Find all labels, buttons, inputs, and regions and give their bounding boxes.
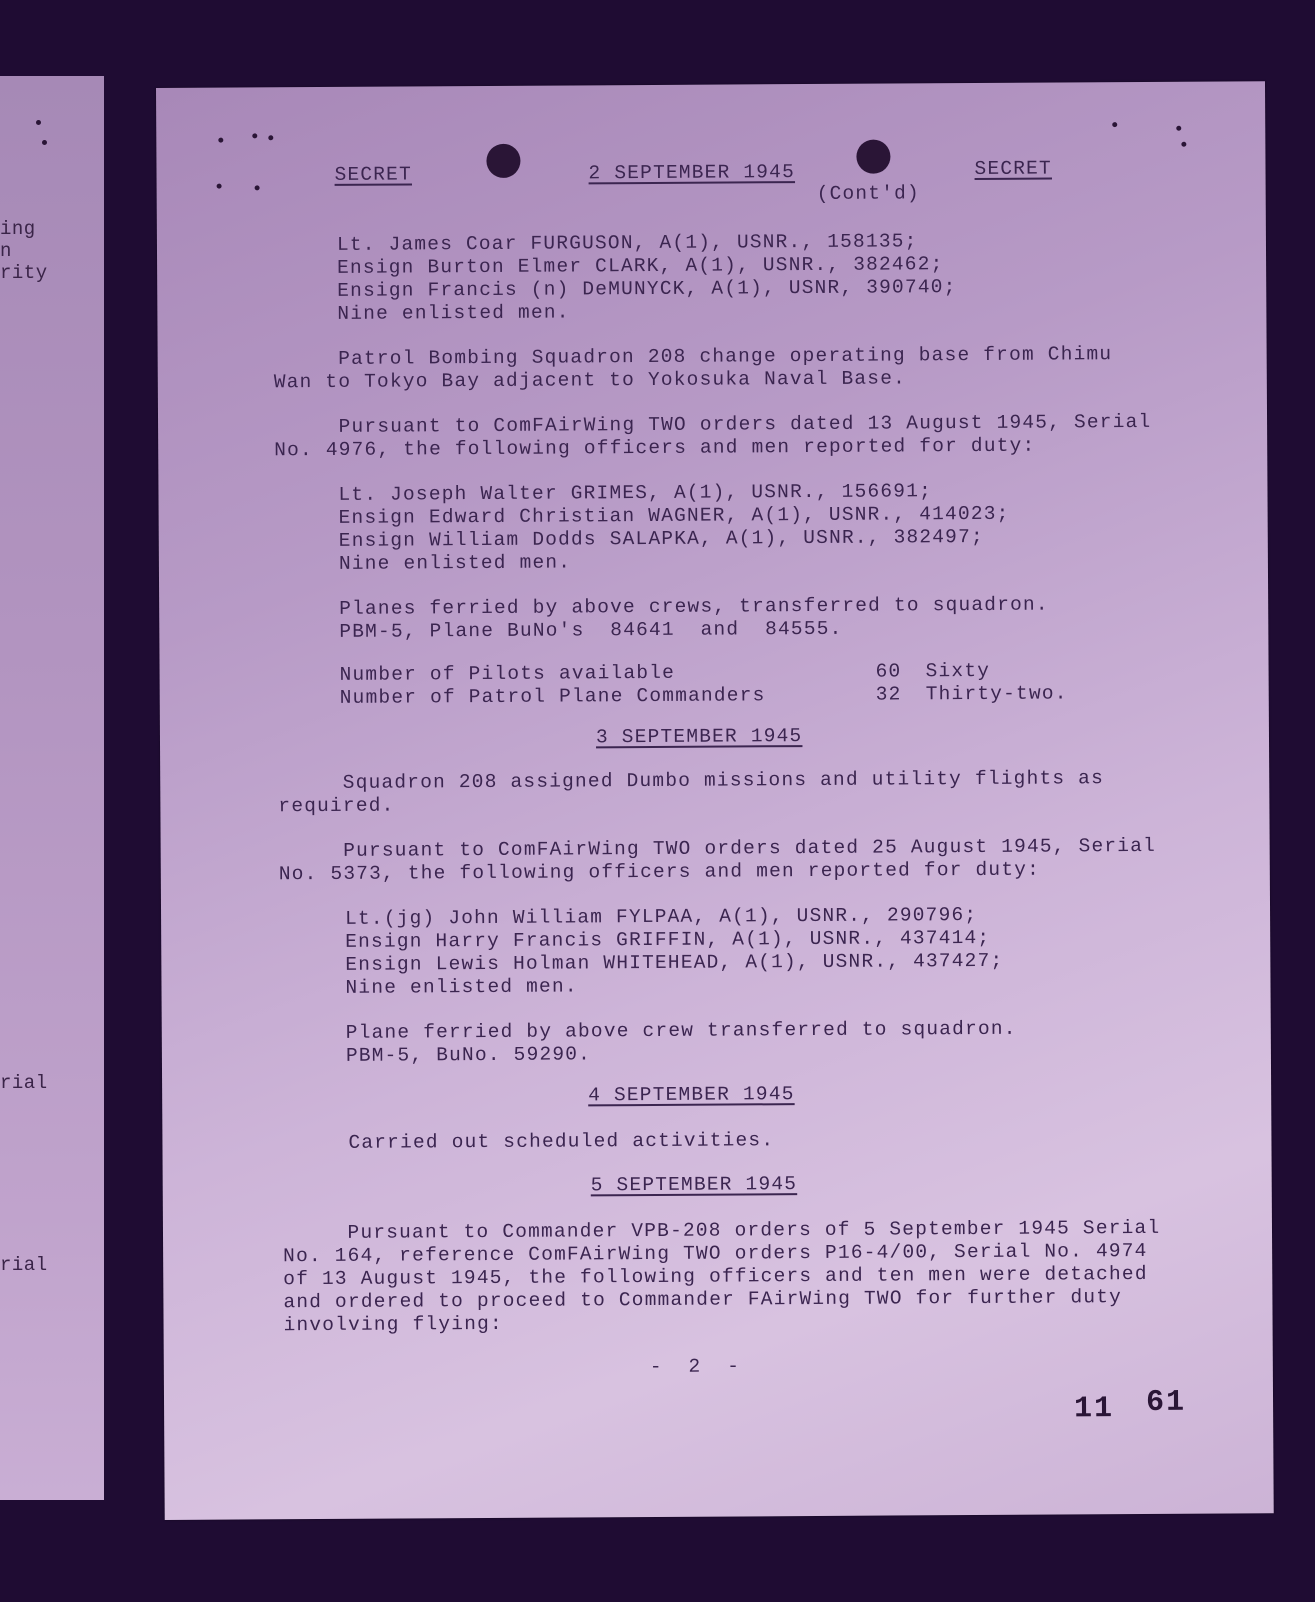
stat-value: 32 <box>876 682 902 706</box>
frame-stamp-left: 11 <box>1074 1392 1114 1426</box>
paragraph-line: Carried out scheduled activities. <box>348 1128 774 1155</box>
officer-line: Nine enlisted men. <box>337 300 569 325</box>
officer-line: Nine enlisted men. <box>345 974 577 999</box>
speck-mark <box>268 135 273 140</box>
paragraph-line: involving flying: <box>283 1312 502 1337</box>
speck-mark <box>1181 142 1186 147</box>
paragraph-line: Planes ferried by above crews, transferr… <box>339 593 1049 621</box>
fragment-text: rial <box>0 1254 48 1276</box>
speck-mark <box>42 140 47 145</box>
section-date: 5 SEPTEMBER 1945 <box>591 1172 798 1197</box>
paragraph-line: and ordered to proceed to Commander FAir… <box>283 1285 1122 1314</box>
document-page: SECRET 2 SEPTEMBER 1945 SECRET (Cont'd) … <box>156 81 1274 1520</box>
officer-line: Ensign William Dodds SALAPKA, A(1), USNR… <box>339 525 984 553</box>
paragraph-line: Plane ferried by above crew transferred … <box>346 1017 1017 1045</box>
punch-hole <box>856 140 890 174</box>
speck-mark <box>218 138 223 143</box>
paragraph-line: PBM-5, Plane BuNo's 84641 and 84555. <box>339 617 842 644</box>
stat-label: Number of Patrol Plane Commanders <box>340 683 766 710</box>
speck-mark <box>252 133 257 138</box>
header-date: 2 SEPTEMBER 1945 <box>588 160 795 185</box>
fragment-text: rial <box>0 1072 48 1094</box>
stat-label: Number of Pilots available <box>340 661 676 687</box>
page-number: - 2 - <box>650 1354 740 1379</box>
speck-mark <box>217 184 222 189</box>
speck-mark <box>1176 126 1181 131</box>
officer-line: Ensign Lewis Holman WHITEHEAD, A(1), USN… <box>345 949 1003 977</box>
paragraph-line: No. 5373, the following officers and men… <box>279 858 1040 887</box>
continued-label: (Cont'd) <box>817 181 920 206</box>
frame-stamp-right: 61 <box>1146 1386 1186 1420</box>
paragraph-line: No. 4976, the following officers and men… <box>274 434 1035 463</box>
stat-words: Sixty <box>926 659 991 683</box>
fragment-text: n <box>0 240 12 262</box>
punch-hole <box>486 144 520 178</box>
section-date: 3 SEPTEMBER 1945 <box>596 724 803 749</box>
stat-words: Thirty-two. <box>926 681 1068 706</box>
stat-value: 60 <box>876 659 902 683</box>
section-date: 4 SEPTEMBER 1945 <box>588 1082 795 1107</box>
speck-mark <box>1112 122 1117 127</box>
speck-mark <box>255 185 260 190</box>
paragraph-line: required. <box>278 794 394 819</box>
classification-left: SECRET <box>334 162 412 186</box>
speck-mark <box>36 120 41 125</box>
paragraph-line: PBM-5, BuNo. 59290. <box>346 1042 591 1067</box>
classification-right: SECRET <box>974 157 1052 181</box>
officer-line: Nine enlisted men. <box>339 550 571 575</box>
fragment-text: rity <box>0 262 48 284</box>
adjacent-page-fragment: ing n rity rial rial <box>0 76 104 1500</box>
paragraph-line: Wan to Tokyo Bay adjacent to Yokosuka Na… <box>274 366 906 394</box>
paragraph-line: Squadron 208 assigned Dumbo missions and… <box>278 766 1104 795</box>
fragment-text: ing <box>0 218 36 240</box>
officer-line: Ensign Francis (n) DeMUNYCK, A(1), USNR,… <box>337 275 956 303</box>
